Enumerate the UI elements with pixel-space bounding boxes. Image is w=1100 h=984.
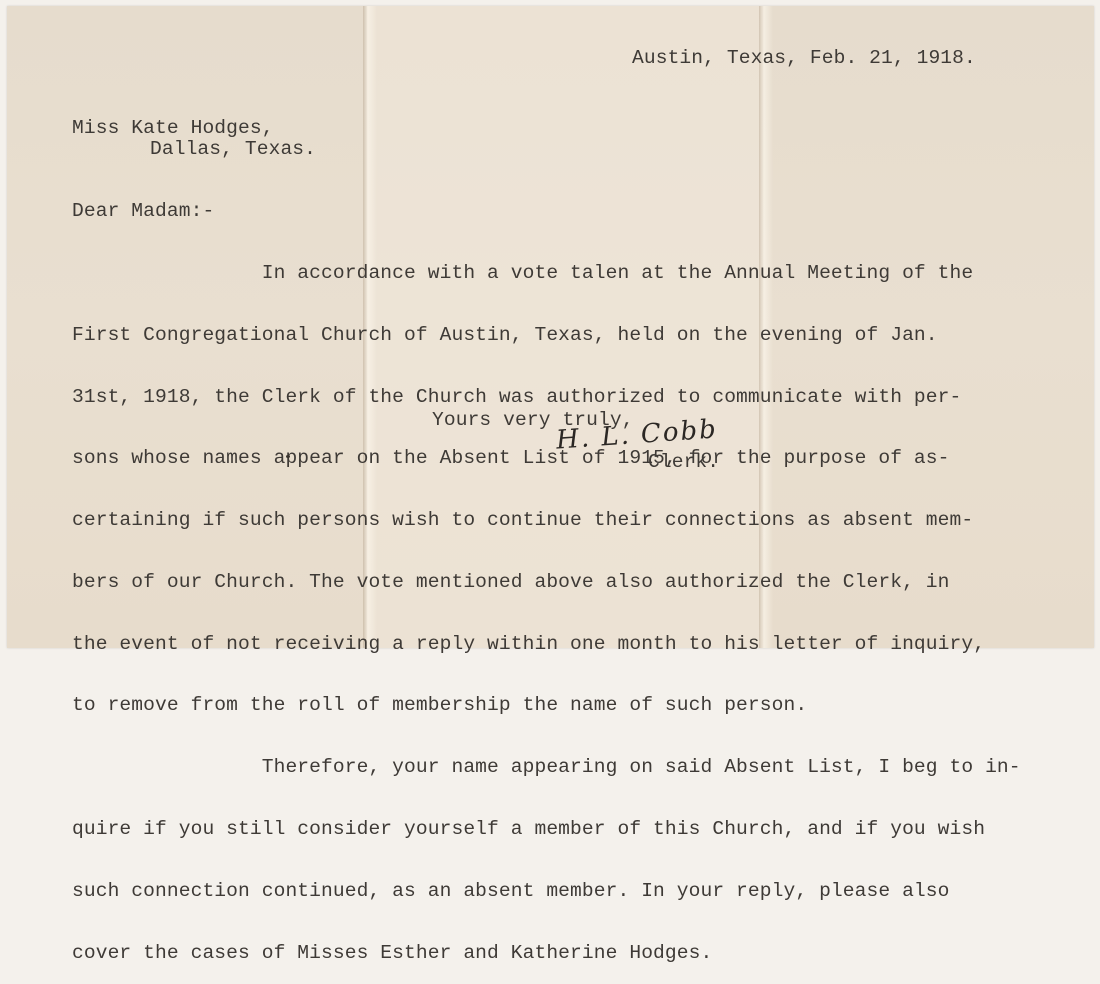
body-line: In accordance with a vote talen at the A… <box>72 263 1021 284</box>
body-line: First Congregational Church of Austin, T… <box>72 325 1021 346</box>
body-line: certaining if such persons wish to conti… <box>72 510 1021 531</box>
body-line: 31st, 1918, the Clerk of the Church was … <box>72 387 1021 408</box>
recipient-name: Miss Kate Hodges, <box>72 118 274 139</box>
ink-speck <box>286 455 290 458</box>
body-line: bers of our Church. The vote mentioned a… <box>72 572 1021 593</box>
letter-body: Dear Madam:- In accordance with a vote t… <box>72 160 1021 656</box>
letter-dateline: Austin, Texas, Feb. 21, 1918. <box>632 48 976 69</box>
recipient-location: Dallas, Texas. <box>150 139 316 160</box>
body-line: sons whose names appear on the Absent Li… <box>72 448 1021 469</box>
body-line: the event of not receiving a reply withi… <box>72 634 1021 655</box>
salutation: Dear Madam:- <box>72 201 1021 222</box>
signer-title: Clerk. <box>648 452 719 473</box>
